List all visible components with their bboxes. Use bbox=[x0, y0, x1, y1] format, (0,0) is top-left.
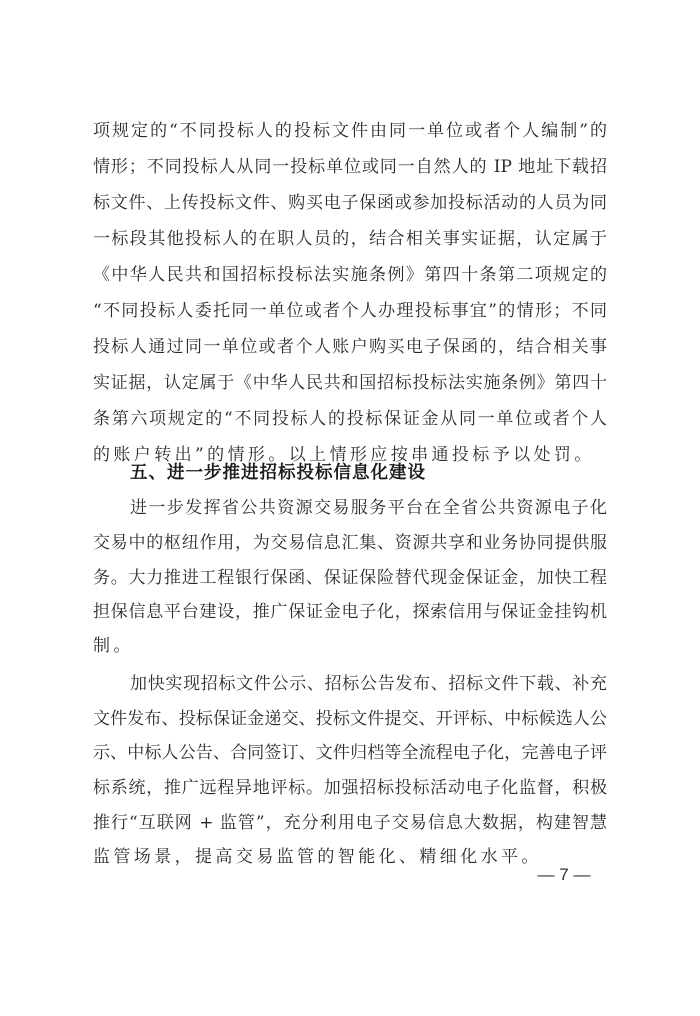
body-text-line: “不同投标人委托同一单位或者个人办理投标事宜”的情形；不同 bbox=[93, 299, 607, 323]
body-text-line: 文件发布、投标保证金递交、投标文件提交、开评标、中标候选人公 bbox=[93, 707, 607, 731]
body-text-line: 制。 bbox=[93, 634, 607, 658]
section-heading: 五、进一步推进招标投标信息化建设 bbox=[130, 461, 426, 485]
body-text-line: 示、中标人公告、合同签订、文件归档等全流程电子化，完善电子评 bbox=[93, 741, 607, 765]
body-text-line: 担保信息平台建设，推广保证金电子化，探索信用与保证金挂钩机 bbox=[93, 600, 607, 624]
body-text-line: 投标人通过同一单位或者个人账户购买电子保函的，结合相关事 bbox=[93, 335, 607, 359]
body-text-line: 项规定的“不同投标人的投标文件由同一单位或者个人编制”的 bbox=[93, 119, 607, 143]
body-text-line: 进一步发挥省公共资源交易服务平台在全省公共资源电子化 bbox=[130, 496, 607, 520]
body-text-line: 推行“互联网 + 监管”，充分利用电子交易信息大数据，构建智慧 bbox=[93, 811, 607, 835]
body-text-line: 务。大力推进工程银行保函、保证保险替代现金保证金，加快工程 bbox=[93, 566, 607, 590]
body-text-line: 加快实现招标文件公示、招标公告发布、招标文件下载、补充 bbox=[130, 672, 607, 696]
body-text-line: 监管场景，提高交易监管的智能化、精细化水平。 bbox=[93, 845, 607, 869]
body-text-line: 《中华人民共和国招标投标法实施条例》第四十条第二项规定的 bbox=[93, 263, 607, 287]
body-text-line: 实证据，认定属于《中华人民共和国招标投标法实施条例》第四十 bbox=[93, 371, 607, 395]
body-text-line: 标文件、上传投标文件、购买电子保函或参加投标活动的人员为同 bbox=[93, 191, 607, 215]
body-text-line: 交易中的枢纽作用，为交易信息汇集、资源共享和业务协同提供服 bbox=[93, 531, 607, 555]
body-text-line: 标系统，推广远程异地评标。加强招标投标活动电子化监督，积极 bbox=[93, 776, 607, 800]
body-text-line: 一标段其他投标人的在职人员的，结合相关事实证据，认定属于 bbox=[93, 227, 607, 251]
body-text-line: 条第六项规定的“不同投标人的投标保证金从同一单位或者个人 bbox=[93, 407, 607, 431]
document-page: 项规定的“不同投标人的投标文件由同一单位或者个人编制”的 情形；不同投标人从同一… bbox=[0, 0, 700, 1016]
page-number: — 7 — bbox=[533, 863, 595, 887]
body-text-line: 情形；不同投标人从同一投标单位或同一自然人的 IP 地址下载招 bbox=[93, 155, 607, 179]
